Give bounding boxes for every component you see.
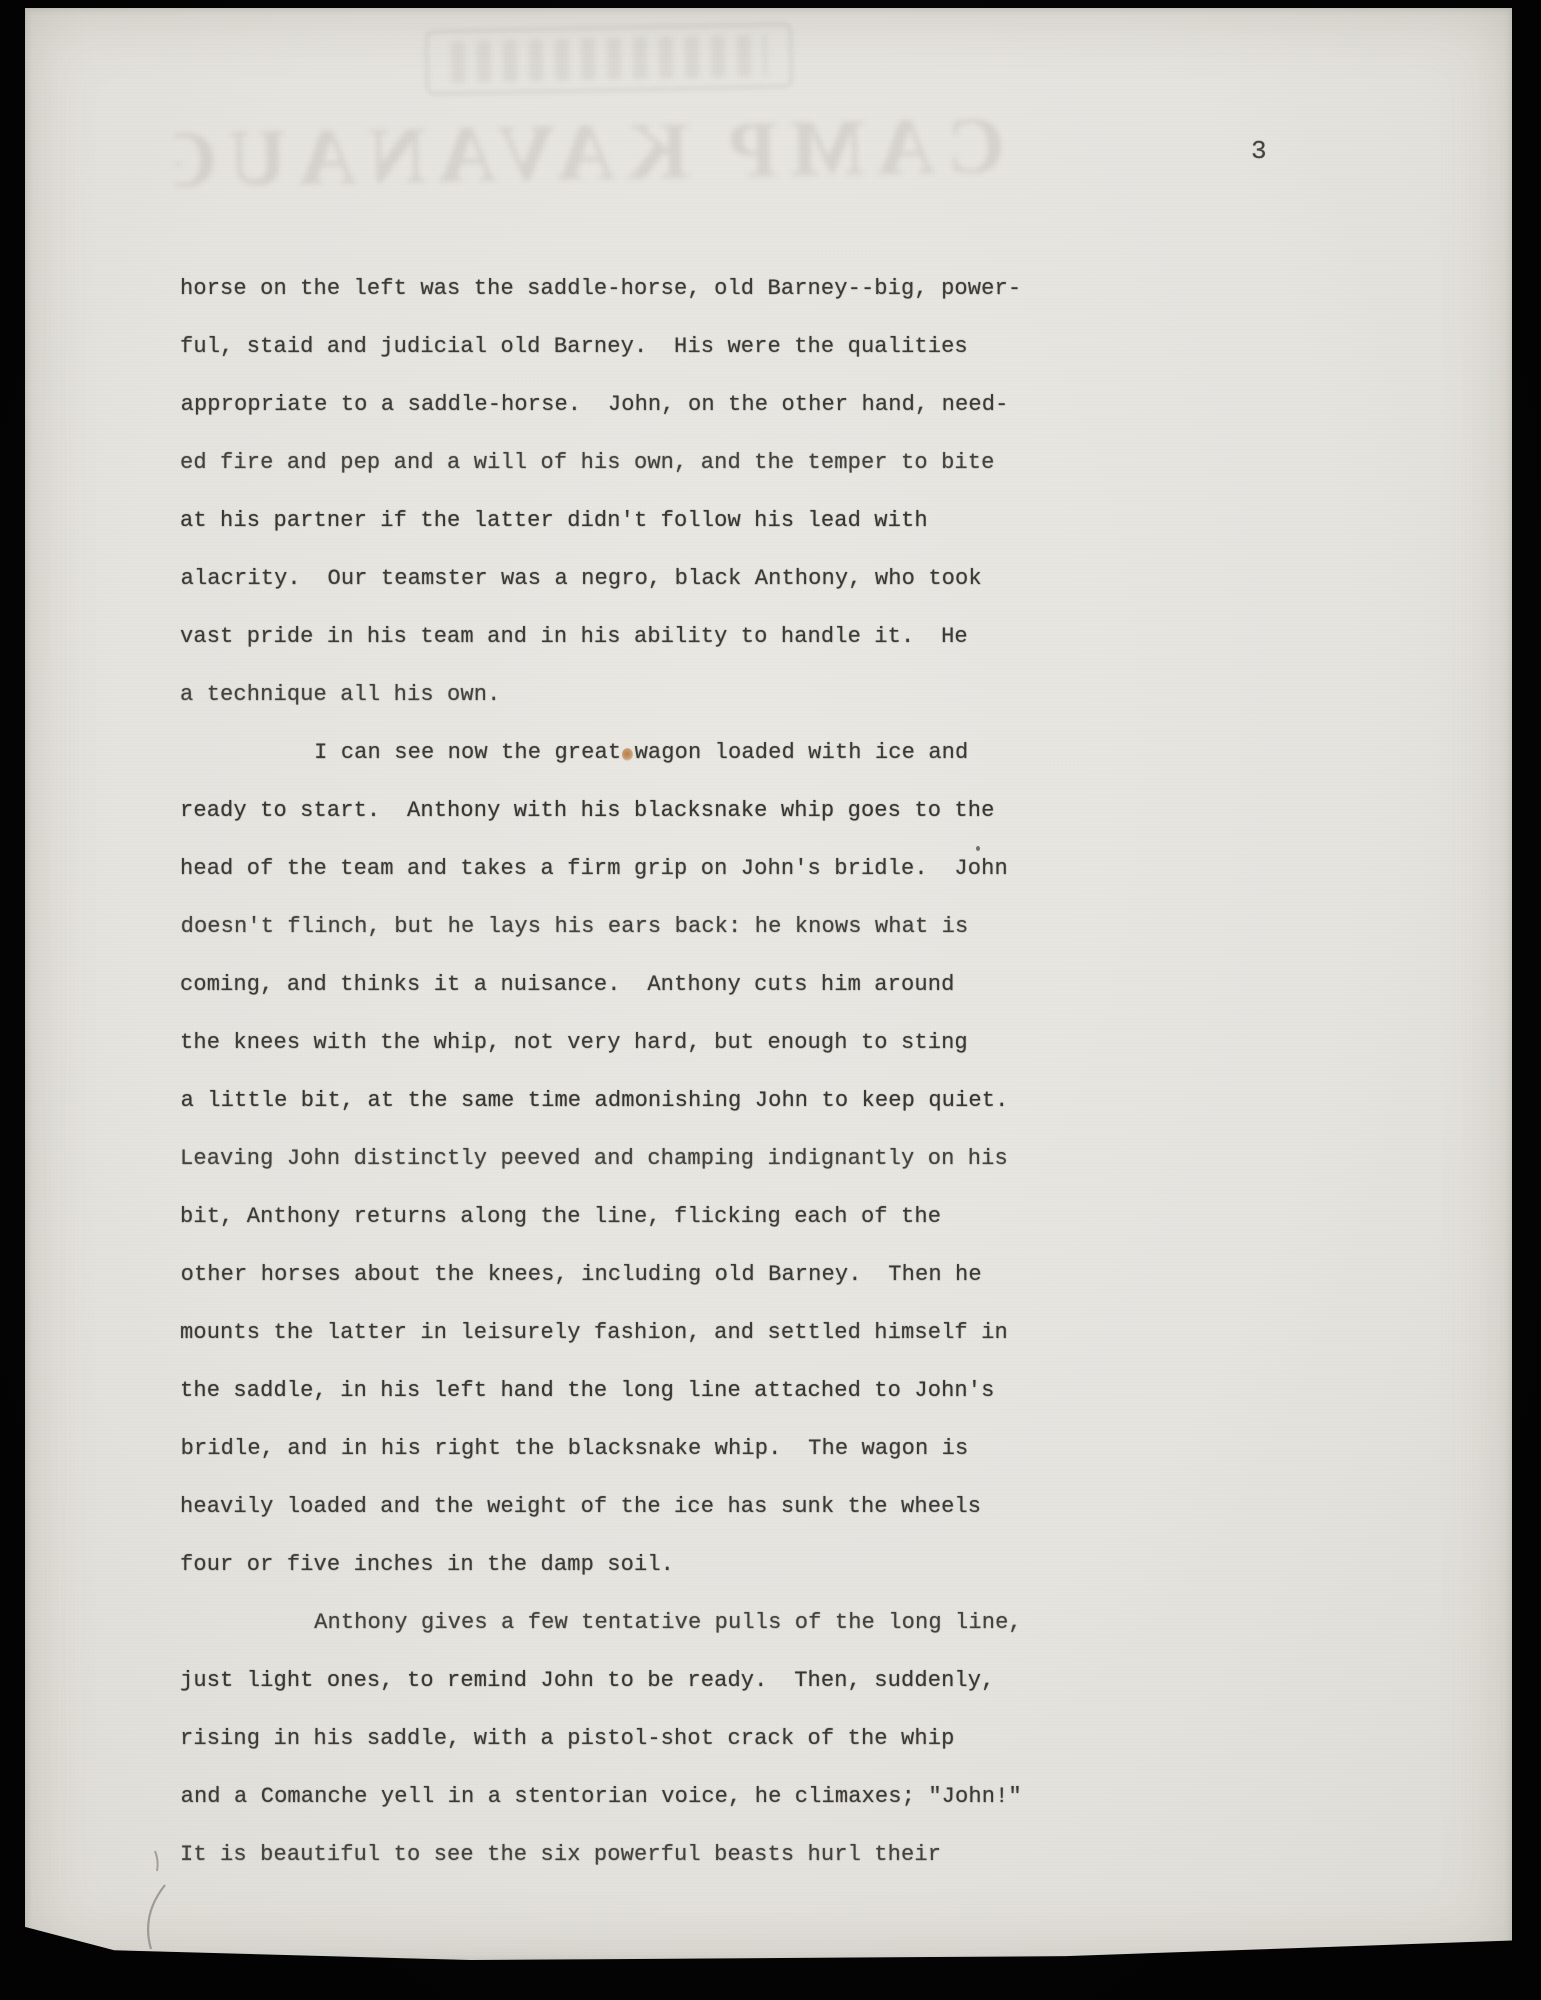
typewritten-line: It is beautiful to see the six powerful … xyxy=(180,1826,1420,1884)
typewritten-line: vast pride in his team and in his abilit… xyxy=(180,608,1420,666)
typewritten-line: and a Comanche yell in a stentorian voic… xyxy=(181,1768,1421,1826)
ink-speck xyxy=(976,846,980,851)
typewritten-line: at his partner if the latter didn't foll… xyxy=(180,492,1420,550)
typewritten-line: coming, and thinks it a nuisance. Anthon… xyxy=(180,956,1420,1014)
typewritten-line: heavily loaded and the weight of the ice… xyxy=(180,1478,1420,1536)
typewritten-line: other horses about the knees, including … xyxy=(181,1246,1421,1304)
pencil-marks xyxy=(93,1823,203,1993)
typewritten-line: head of the team and takes a firm grip o… xyxy=(180,840,1420,898)
typewritten-line: Anthony gives a few tentative pulls of t… xyxy=(181,1594,1421,1652)
typewritten-line: a little bit, at the same time admonishi… xyxy=(181,1072,1421,1130)
typewritten-line: a technique all his own. xyxy=(180,666,1420,724)
typewritten-line: Leaving John distinctly peeved and champ… xyxy=(180,1130,1420,1188)
typewritten-line: bit, Anthony returns along the line, fli… xyxy=(180,1188,1420,1246)
page-number: 3 xyxy=(1251,136,1267,166)
paper-sheet: CAMP KAVANAUGH 3 horse on the left was t… xyxy=(25,8,1512,1962)
rust-stain xyxy=(622,748,633,761)
typewritten-line: I can see now the great wagon loaded wit… xyxy=(181,724,1421,782)
typewritten-line: ful, staid and judicial old Barney. His … xyxy=(180,318,1420,376)
typewritten-line: the knees with the whip, not very hard, … xyxy=(180,1014,1420,1072)
typewritten-line: rising in his saddle, with a pistol-shot… xyxy=(180,1710,1420,1768)
typewritten-line: alacrity. Our teamster was a negro, blac… xyxy=(181,550,1421,608)
stamp-bleedthrough xyxy=(424,22,793,96)
typewritten-line: appropriate to a saddle-horse. John, on … xyxy=(181,376,1421,434)
typewritten-line: horse on the left was the saddle-horse, … xyxy=(180,260,1420,318)
typewritten-line: four or five inches in the damp soil. xyxy=(180,1536,1420,1594)
bleedthrough-watermark: CAMP KAVANAUGH xyxy=(174,101,1006,245)
typewritten-line: just light ones, to remind John to be re… xyxy=(180,1652,1420,1710)
typewritten-line: doesn't flinch, but he lays his ears bac… xyxy=(181,898,1421,956)
typewritten-text-block: horse on the left was the saddle-horse, … xyxy=(180,260,1420,1884)
typewritten-line: ready to start. Anthony with his blacksn… xyxy=(180,782,1420,840)
typewritten-line: ed fire and pep and a will of his own, a… xyxy=(180,434,1420,492)
stamp-bleedthrough-smudge xyxy=(451,35,768,84)
typewritten-line: the saddle, in his left hand the long li… xyxy=(180,1362,1420,1420)
scan-background: CAMP KAVANAUGH 3 horse on the left was t… xyxy=(0,0,1541,2000)
typewritten-line: bridle, and in his right the blacksnake … xyxy=(181,1420,1421,1478)
typewritten-line: mounts the latter in leisurely fashion, … xyxy=(180,1304,1420,1362)
